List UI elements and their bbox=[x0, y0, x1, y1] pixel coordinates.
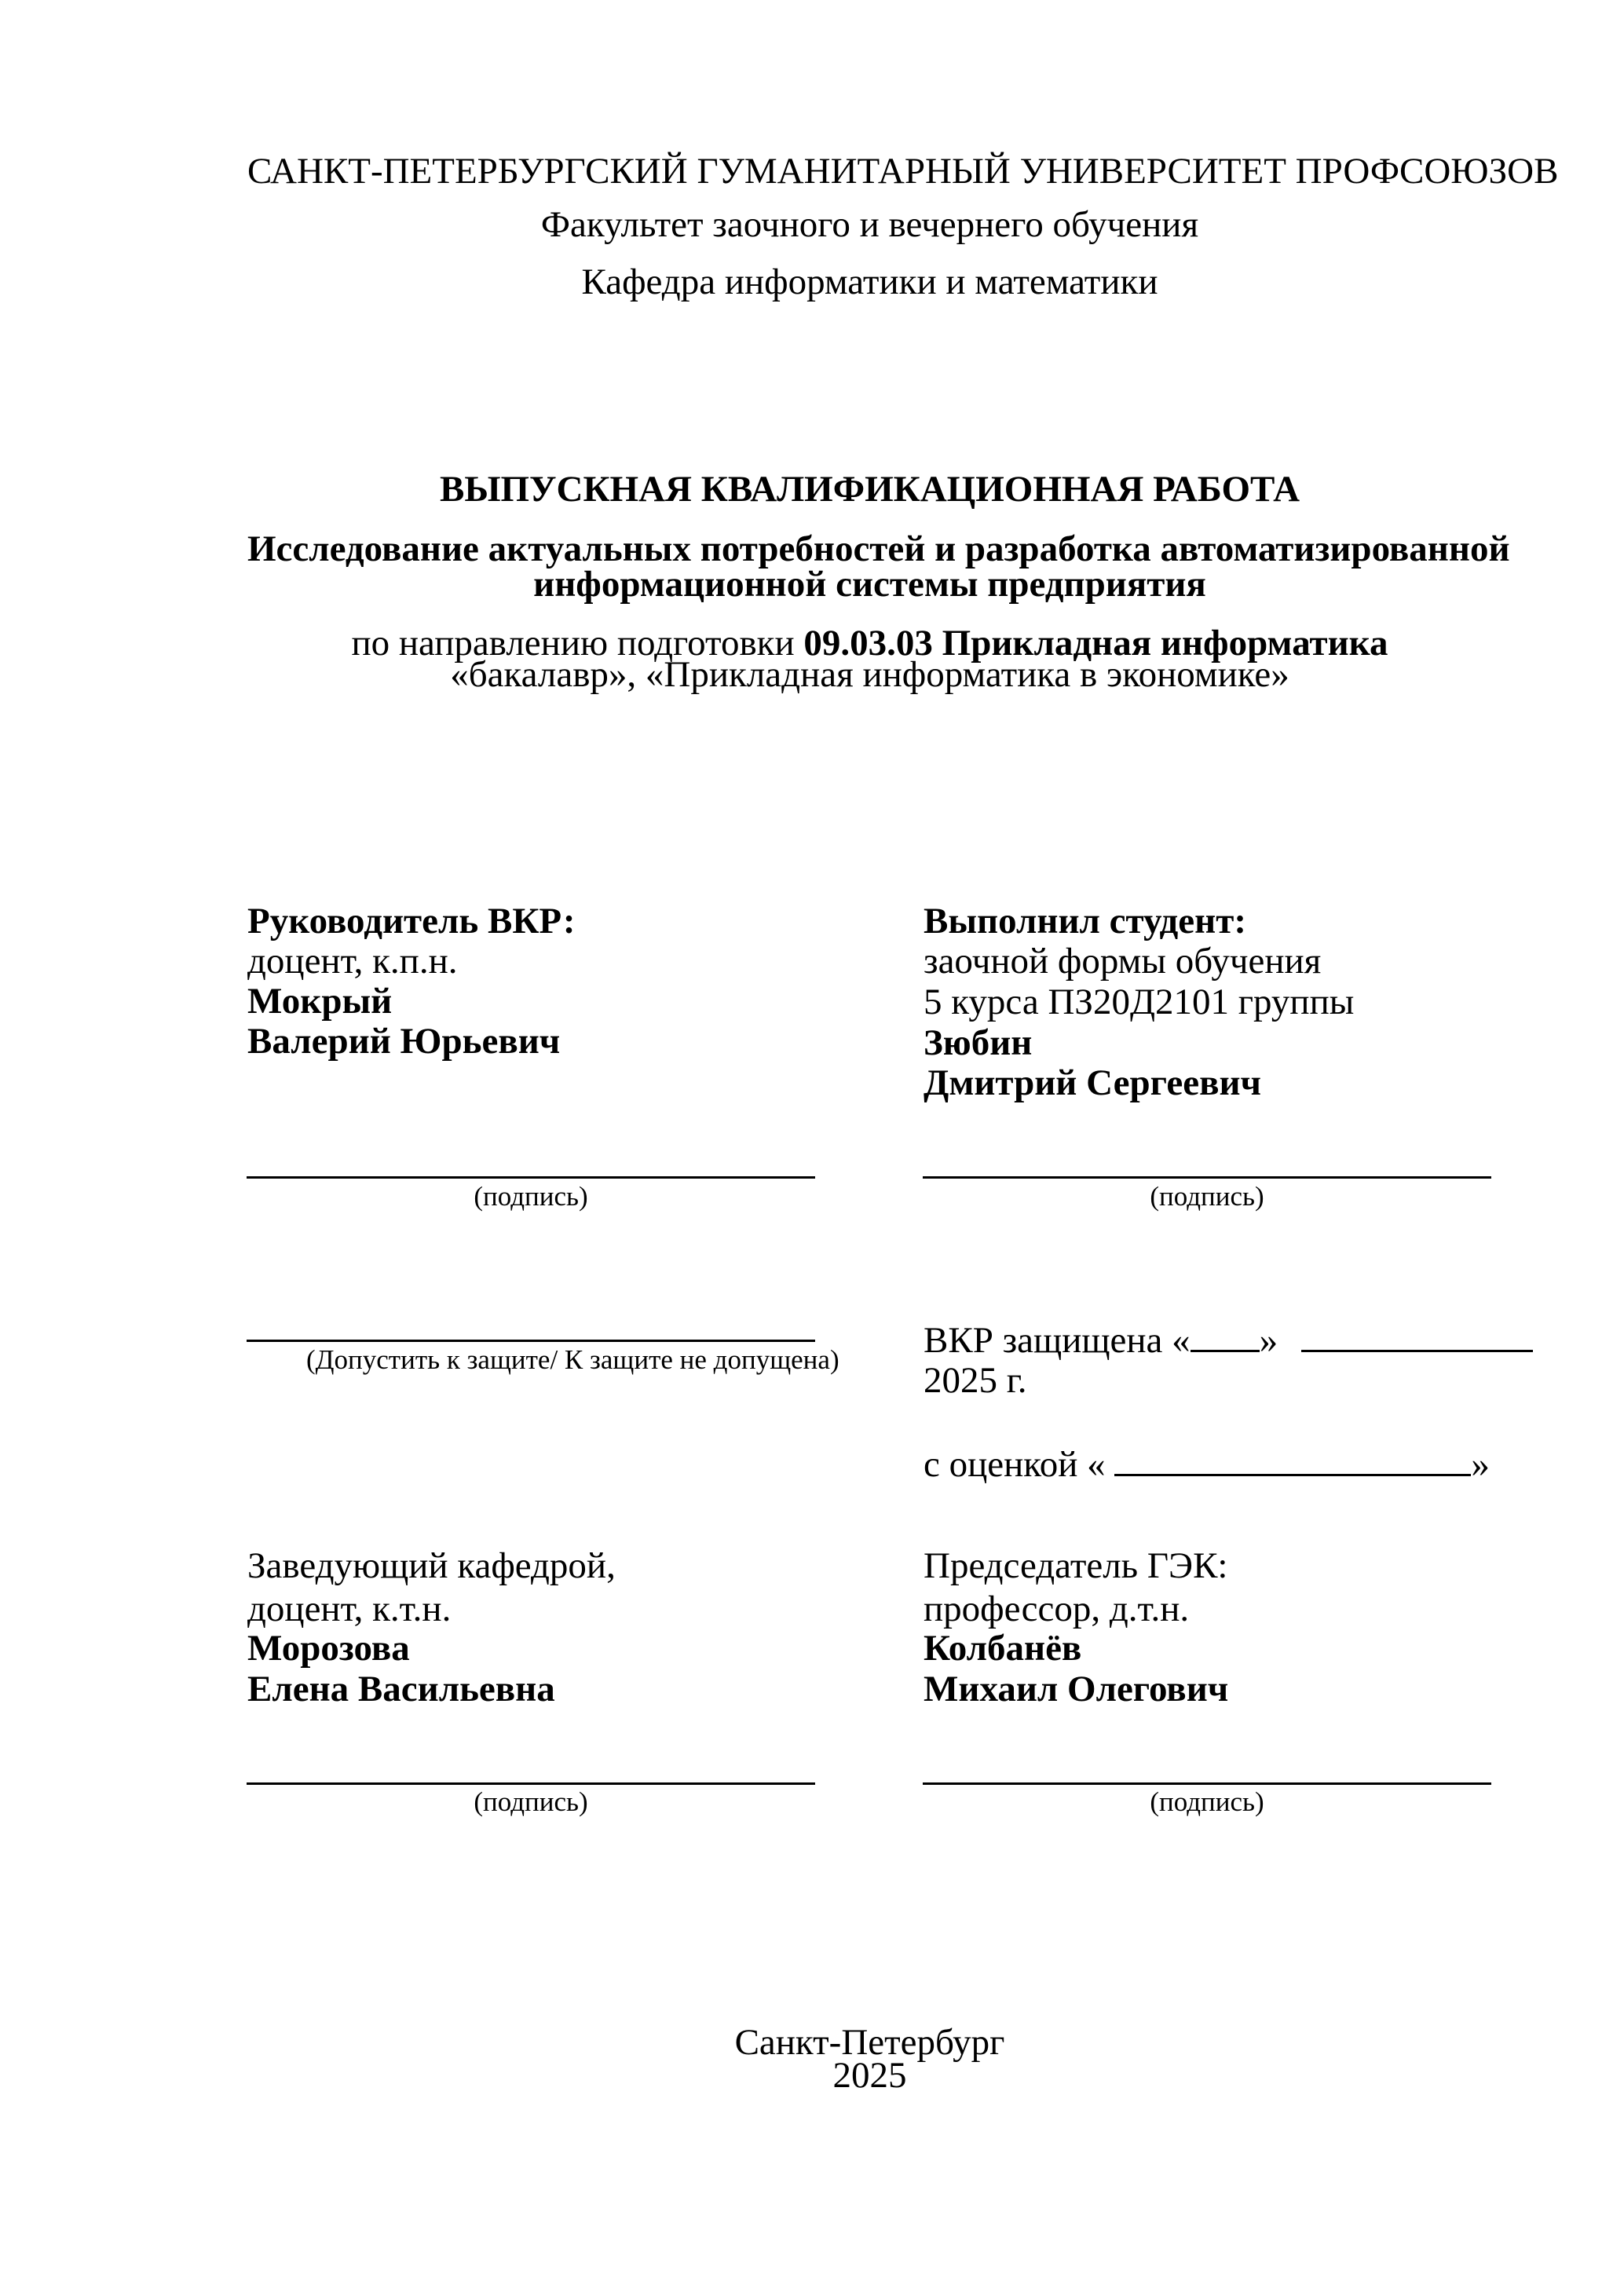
defense-grade-blank[interactable] bbox=[1114, 1446, 1471, 1476]
defense-month-blank[interactable] bbox=[1301, 1322, 1533, 1352]
supervisor-position: доцент, к.п.н. bbox=[247, 943, 457, 980]
chairman-position: профессор, д.т.н. bbox=[924, 1591, 1189, 1628]
student-group: 5 курса ПЗ20Д2101 группы bbox=[924, 984, 1354, 1021]
admission-caption: (Допустить к защите/ К защите не допущен… bbox=[306, 1346, 839, 1373]
student-study-form: заочной формы обучения bbox=[924, 943, 1321, 980]
chairman-name: Михаил Олегович bbox=[924, 1671, 1228, 1708]
student-heading: Выполнил студент: bbox=[924, 903, 1246, 940]
title-page: САНКТ-ПЕТЕРБУРГСКИЙ ГУМАНИТАРНЫЙ УНИВЕРС… bbox=[0, 0, 1624, 2296]
chairman-signature-caption: (подпись) bbox=[923, 1788, 1491, 1815]
department-name: Кафедра информатики и математики bbox=[247, 264, 1492, 301]
university-name: САНКТ-ПЕТЕРБУРГСКИЙ ГУМАНИТАРНЫЙ УНИВЕРС… bbox=[247, 153, 1492, 190]
defense-protected-label: ВКР защищена « bbox=[924, 1320, 1191, 1361]
work-type-title: ВЫПУСКНАЯ КВАЛИФИКАЦИОННАЯ РАБОТА bbox=[247, 471, 1492, 508]
student-surname: Зюбин bbox=[924, 1025, 1032, 1062]
supervisor-signature-caption: (подпись) bbox=[247, 1183, 815, 1210]
topic-line-2: информационной системы предприятия bbox=[247, 566, 1492, 603]
topic-line-1: Исследование актуальных потребностей и р… bbox=[247, 531, 1492, 568]
defense-day-blank[interactable] bbox=[1191, 1322, 1260, 1352]
supervisor-surname: Мокрый bbox=[247, 983, 392, 1020]
supervisor-heading: Руководитель ВКР: bbox=[247, 903, 576, 940]
faculty-name: Факультет заочного и вечернего обучения bbox=[247, 207, 1492, 243]
head-signature-line bbox=[247, 1782, 815, 1785]
defense-day-close-quote: » bbox=[1260, 1320, 1278, 1361]
head-name: Елена Васильевна bbox=[247, 1671, 555, 1708]
student-signature-caption: (подпись) bbox=[923, 1183, 1491, 1210]
footer-year: 2025 bbox=[247, 2057, 1492, 2094]
head-surname: Морозова bbox=[247, 1630, 410, 1667]
chairman-signature-line bbox=[923, 1782, 1491, 1785]
defense-grade-line: с оценкой « » bbox=[924, 1446, 1490, 1483]
chairman-heading: Председатель ГЭК: bbox=[924, 1548, 1227, 1585]
defense-grade-close-quote: » bbox=[1471, 1444, 1490, 1485]
head-signature-caption: (подпись) bbox=[247, 1788, 815, 1815]
student-signature-line bbox=[923, 1176, 1491, 1179]
head-position: доцент, к.т.н. bbox=[247, 1591, 451, 1628]
chairman-surname: Колбанёв bbox=[924, 1630, 1081, 1667]
defense-grade-label: с оценкой « bbox=[924, 1444, 1114, 1485]
defense-year: 2025 г. bbox=[924, 1362, 1026, 1399]
supervisor-name: Валерий Юрьевич bbox=[247, 1023, 560, 1060]
defense-date-line: ВКР защищена «» bbox=[924, 1322, 1533, 1359]
profile-line: «бакалавр», «Прикладная информатика в эк… bbox=[247, 656, 1492, 693]
supervisor-signature-line bbox=[247, 1176, 815, 1179]
admission-signature-line bbox=[247, 1340, 815, 1342]
student-name: Дмитрий Сергеевич bbox=[924, 1065, 1261, 1102]
head-heading: Заведующий кафедрой, bbox=[247, 1548, 616, 1585]
